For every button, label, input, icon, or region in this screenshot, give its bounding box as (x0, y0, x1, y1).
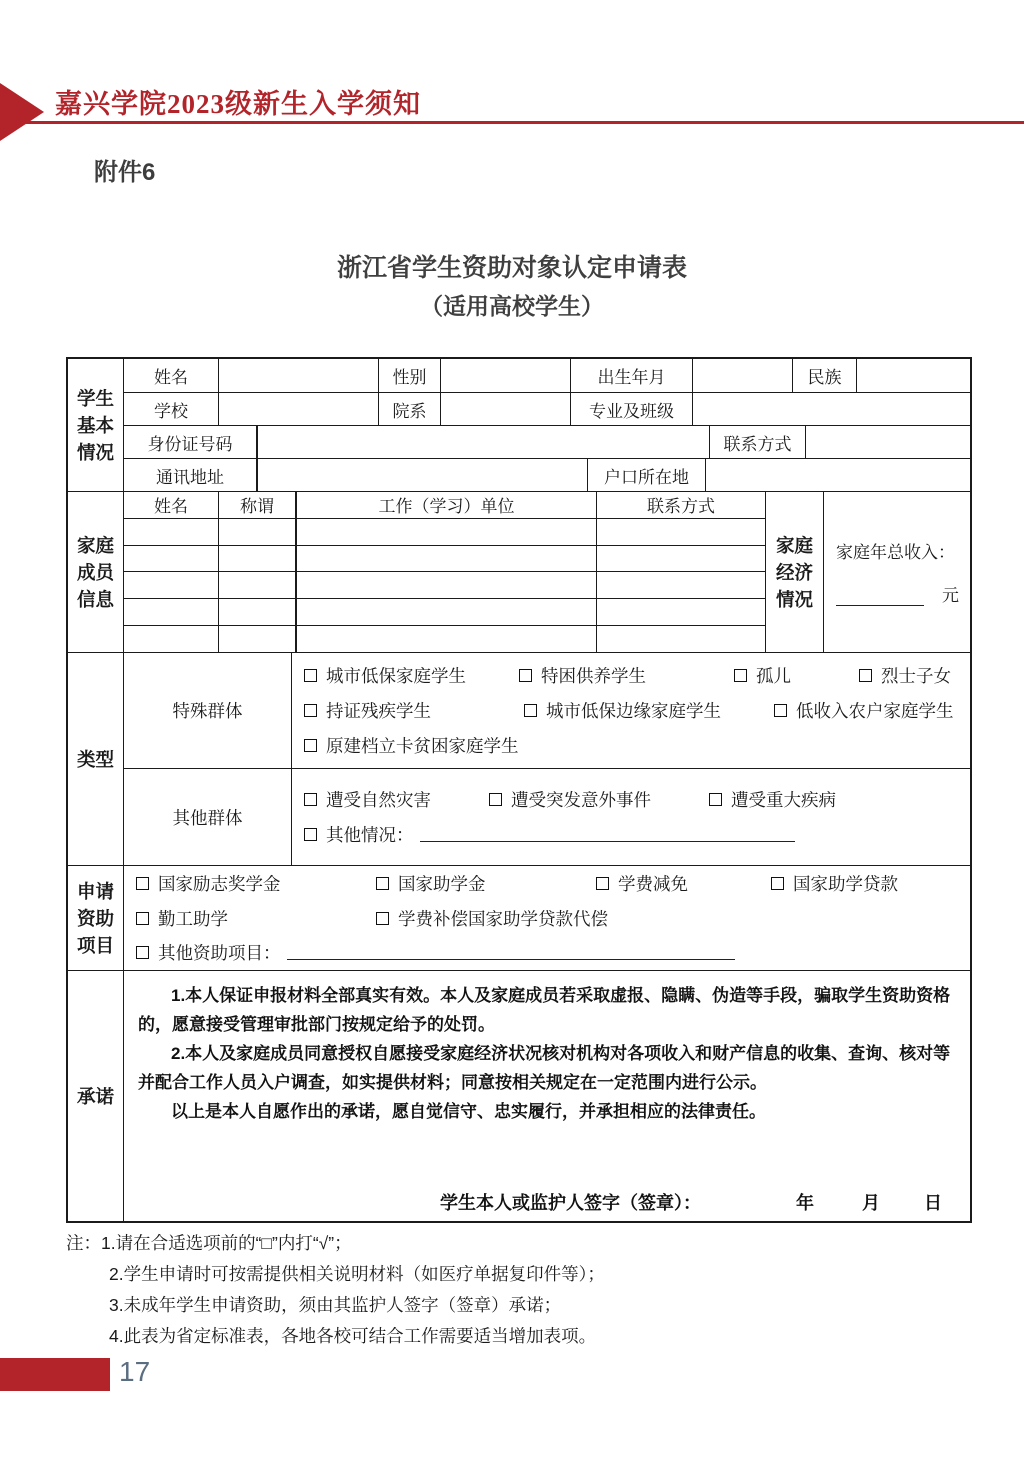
checkbox-icon[interactable] (774, 704, 787, 717)
label-ethnicity: 民族 (793, 359, 857, 392)
checkbox-item: 孤儿 (734, 663, 859, 688)
checkbox-item: 国家助学贷款 (771, 871, 970, 896)
input-member-name[interactable] (124, 626, 219, 652)
footnotes: 注：1.请在合适选项前的“□”内打“√”； 2.学生申请时可按需提供相关说明材料… (66, 1228, 976, 1352)
checkbox-icon[interactable] (859, 669, 872, 682)
input-member-relation[interactable] (219, 519, 297, 545)
checkbox-label: 城市低保边缘家庭学生 (546, 698, 721, 723)
family-blank-row (124, 518, 765, 545)
input-member-contact[interactable] (597, 572, 765, 598)
checkbox-icon[interactable] (136, 946, 149, 959)
label-contact: 联系方式 (710, 426, 806, 458)
section-type: 类型 特殊群体 城市低保家庭学生 特困供养学生 孤儿 烈士子女 持证残疾学生 城… (68, 652, 970, 865)
checkbox-label: 城市低保家庭学生 (326, 663, 466, 688)
note-item: 2.学生申请时可按需提供相关说明材料（如医疗单据复印件等）； (66, 1259, 976, 1290)
checkbox-item: 城市低保家庭学生 (304, 663, 519, 688)
day-label: 日 (924, 1189, 942, 1215)
checkbox-item: 遭受突发意外事件 (489, 787, 709, 812)
input-member-contact[interactable] (597, 626, 765, 652)
input-member-contact[interactable] (597, 546, 765, 572)
checkbox-icon[interactable] (376, 912, 389, 925)
note-item: 4.此表为省定标准表，各地各校可结合工作需要适当增加表项。 (66, 1321, 976, 1352)
commitment-body: 1.本人保证申报材料全部真实有效。本人及家庭成员若采取虚报、隐瞒、伪造等手段，骗… (124, 971, 970, 1221)
input-department[interactable] (441, 393, 571, 425)
page-number: 17 (119, 1356, 150, 1388)
checkbox-label: 原建档立卡贫困家庭学生 (326, 733, 519, 758)
label-major-class: 专业及班级 (571, 393, 693, 425)
checkbox-label: 特困供养学生 (541, 663, 646, 688)
input-member-work-unit[interactable] (297, 546, 597, 572)
other-group-row: 其他群体 遭受自然灾害 遭受突发意外事件 遭受重大疾病 其他情况： (124, 768, 970, 865)
table-row: 姓名 性别 出生年月 民族 (124, 359, 970, 392)
checkbox-label: 遭受自然灾害 (326, 787, 431, 812)
family-income-cell: 家庭年总收入： 元 (824, 492, 970, 652)
checkbox-item: 学费补偿国家助学贷款代偿 (376, 906, 596, 931)
commitment-paragraph: 2.本人及家庭成员同意授权自愿接受家庭经济状况核对机构对各项收入和财产信息的收集… (138, 1039, 956, 1097)
family-blank-row (124, 625, 765, 652)
checkbox-item: 其他情况： (304, 822, 970, 847)
red-arrow-icon (0, 83, 44, 141)
checkbox-icon[interactable] (376, 877, 389, 890)
input-member-relation[interactable] (219, 626, 297, 652)
checkbox-label: 学费补偿国家助学贷款代偿 (398, 906, 608, 931)
checkbox-icon[interactable] (524, 704, 537, 717)
checkbox-item: 遭受自然灾害 (304, 787, 489, 812)
section-aid-items: 申请 资助 项目 国家励志奖学金 国家助学金 学费减免 国家助学贷款 勤工助学 … (68, 865, 970, 970)
input-member-name[interactable] (124, 519, 219, 545)
table-row: 身份证号码 联系方式 (124, 425, 970, 458)
other-aid-blank-line[interactable] (287, 946, 735, 960)
checkbox-icon[interactable] (304, 793, 317, 806)
input-name[interactable] (219, 359, 379, 392)
input-member-name[interactable] (124, 599, 219, 625)
input-gender[interactable] (441, 359, 571, 392)
special-group-row: 特殊群体 城市低保家庭学生 特困供养学生 孤儿 烈士子女 持证残疾学生 城市低保… (124, 653, 970, 768)
income-unit-label: 元 (942, 581, 959, 606)
input-birth-date[interactable] (693, 359, 793, 392)
other-situation-blank-line[interactable] (420, 828, 795, 842)
checkbox-icon[interactable] (304, 704, 317, 717)
commitment-paragraph: 1.本人保证申报材料全部真实有效。本人及家庭成员若采取虚报、隐瞒、伪造等手段，骗… (138, 981, 956, 1039)
checkbox-item: 国家助学金 (376, 871, 596, 896)
checkbox-icon[interactable] (709, 793, 722, 806)
section-label-family-members: 家庭 成员 信息 (68, 492, 124, 652)
input-member-work-unit[interactable] (297, 572, 597, 598)
input-school[interactable] (219, 393, 379, 425)
input-contact[interactable] (806, 426, 970, 458)
checkbox-item: 城市低保边缘家庭学生 (524, 698, 774, 723)
checkbox-icon[interactable] (596, 877, 609, 890)
checkbox-label: 低收入农户家庭学生 (796, 698, 954, 723)
checkbox-label: 勤工助学 (158, 906, 228, 931)
month-label: 月 (862, 1189, 880, 1215)
checkbox-icon[interactable] (734, 669, 747, 682)
checkbox-label: 持证残疾学生 (326, 698, 431, 723)
input-member-relation[interactable] (219, 546, 297, 572)
income-label: 家庭年总收入： (836, 538, 962, 563)
section-family-members: 家庭 成员 信息 姓名 称谓 工作（学习）单位 联系方式 (68, 491, 970, 652)
input-member-contact[interactable] (597, 519, 765, 545)
input-ethnicity[interactable] (857, 359, 970, 392)
checkbox-icon[interactable] (519, 669, 532, 682)
table-row: 学校 院系 专业及班级 (124, 392, 970, 425)
input-member-contact[interactable] (597, 599, 765, 625)
input-mailing-address[interactable] (258, 459, 588, 491)
checkbox-item: 烈士子女 (859, 663, 970, 688)
label-other-group: 其他群体 (124, 769, 292, 865)
masthead-title: 嘉兴学院2023级新生入学须知 (55, 82, 421, 121)
section-label-basic-info: 学生 基本 情况 (68, 359, 124, 491)
section-label-type: 类型 (68, 653, 124, 865)
checkbox-label: 遭受突发意外事件 (511, 787, 651, 812)
header-divider-line (0, 121, 1024, 124)
notes-prefix: 注： (66, 1233, 101, 1253)
checkbox-item: 勤工助学 (136, 906, 376, 931)
checkbox-item: 低收入农户家庭学生 (774, 698, 970, 723)
checkbox-label: 其他资助项目： (158, 940, 281, 965)
input-major-class[interactable] (693, 393, 970, 425)
column-header-work-unit: 工作（学习）单位 (297, 492, 597, 518)
section-label-commitment: 承诺 (68, 971, 124, 1221)
input-member-work-unit[interactable] (297, 519, 597, 545)
checkbox-item: 国家励志奖学金 (136, 871, 376, 896)
checkbox-label: 国家助学金 (398, 871, 486, 896)
family-header-row: 姓名 称谓 工作（学习）单位 联系方式 (124, 492, 765, 518)
checkbox-label: 国家励志奖学金 (158, 871, 281, 896)
checkbox-label: 孤儿 (756, 663, 791, 688)
column-header-name: 姓名 (124, 492, 219, 518)
table-row: 通讯地址 户口所在地 (124, 458, 970, 491)
checkbox-item: 学费减免 (596, 871, 771, 896)
section-label-family-economy: 家庭 经济 情况 (766, 492, 824, 652)
checkbox-label: 学费减免 (618, 871, 688, 896)
checkbox-label: 国家助学贷款 (793, 871, 898, 896)
checkbox-item: 持证残疾学生 (304, 698, 524, 723)
attachment-label: 附件6 (94, 152, 155, 187)
input-household-location[interactable] (706, 459, 970, 491)
input-member-relation[interactable] (219, 572, 297, 598)
checkbox-item: 遭受重大疾病 (709, 787, 970, 812)
checkbox-icon[interactable] (304, 669, 317, 682)
section-commitment: 承诺 1.本人保证申报材料全部真实有效。本人及家庭成员若采取虚报、隐瞒、伪造等手… (68, 970, 970, 1221)
label-name: 姓名 (124, 359, 219, 392)
checkbox-label: 烈士子女 (881, 663, 951, 688)
commitment-paragraph: 以上是本人自愿作出的承诺，愿自觉信守、忠实履行，并承担相应的法律责任。 (138, 1097, 956, 1126)
form-title: 浙江省学生资助对象认定申请表 (0, 248, 1024, 284)
section-label-aid-items: 申请 资助 项目 (68, 866, 124, 970)
signature-row: 学生本人或监护人签字（签章）： 年 月 日 (138, 1189, 956, 1215)
checkbox-item: 特困供养学生 (519, 663, 734, 688)
label-school: 学校 (124, 393, 219, 425)
label-birth-date: 出生年月 (571, 359, 693, 392)
column-header-contact: 联系方式 (597, 492, 765, 518)
input-member-work-unit[interactable] (297, 599, 597, 625)
family-blank-row (124, 571, 765, 598)
note-item: 1.请在合适选项前的“□”内打“√”； (101, 1233, 352, 1253)
checkbox-item: 原建档立卡贫困家庭学生 (304, 733, 970, 758)
label-department: 院系 (379, 393, 441, 425)
checkbox-label: 其他情况： (326, 822, 414, 847)
label-id-number: 身份证号码 (124, 426, 258, 458)
checkbox-icon[interactable] (771, 877, 784, 890)
checkbox-item: 其他资助项目： (136, 940, 970, 965)
form-subtitle: （适用高校学生） (0, 288, 1024, 321)
label-household-location: 户口所在地 (588, 459, 706, 491)
application-form-table: 学生 基本 情况 姓名 性别 出生年月 民族 学校 院系 专业及班级 (66, 357, 972, 1223)
checkbox-label: 遭受重大疾病 (731, 787, 836, 812)
signature-label: 学生本人或监护人签字（签章）： (440, 1189, 701, 1215)
year-label: 年 (796, 1189, 814, 1215)
checkbox-icon[interactable] (136, 912, 149, 925)
label-special-group: 特殊群体 (124, 653, 292, 768)
label-gender: 性别 (379, 359, 441, 392)
section-basic-info: 学生 基本 情况 姓名 性别 出生年月 民族 学校 院系 专业及班级 (68, 359, 970, 491)
input-member-name[interactable] (124, 572, 219, 598)
family-blank-row (124, 545, 765, 572)
footer-red-bar (0, 1358, 110, 1391)
column-header-relation: 称谓 (219, 492, 297, 518)
family-blank-row (124, 598, 765, 625)
income-blank-line[interactable] (836, 592, 924, 606)
checkbox-icon[interactable] (304, 828, 317, 841)
checkbox-icon[interactable] (136, 877, 149, 890)
input-member-work-unit[interactable] (297, 626, 597, 652)
checkbox-icon[interactable] (304, 739, 317, 752)
input-member-name[interactable] (124, 546, 219, 572)
note-item: 3.未成年学生申请资助，须由其监护人签字（签章）承诺； (66, 1290, 976, 1321)
input-member-relation[interactable] (219, 599, 297, 625)
input-id-number[interactable] (258, 426, 710, 458)
checkbox-icon[interactable] (489, 793, 502, 806)
family-members-subtable: 姓名 称谓 工作（学习）单位 联系方式 (124, 492, 766, 652)
label-mailing-address: 通讯地址 (124, 459, 258, 491)
